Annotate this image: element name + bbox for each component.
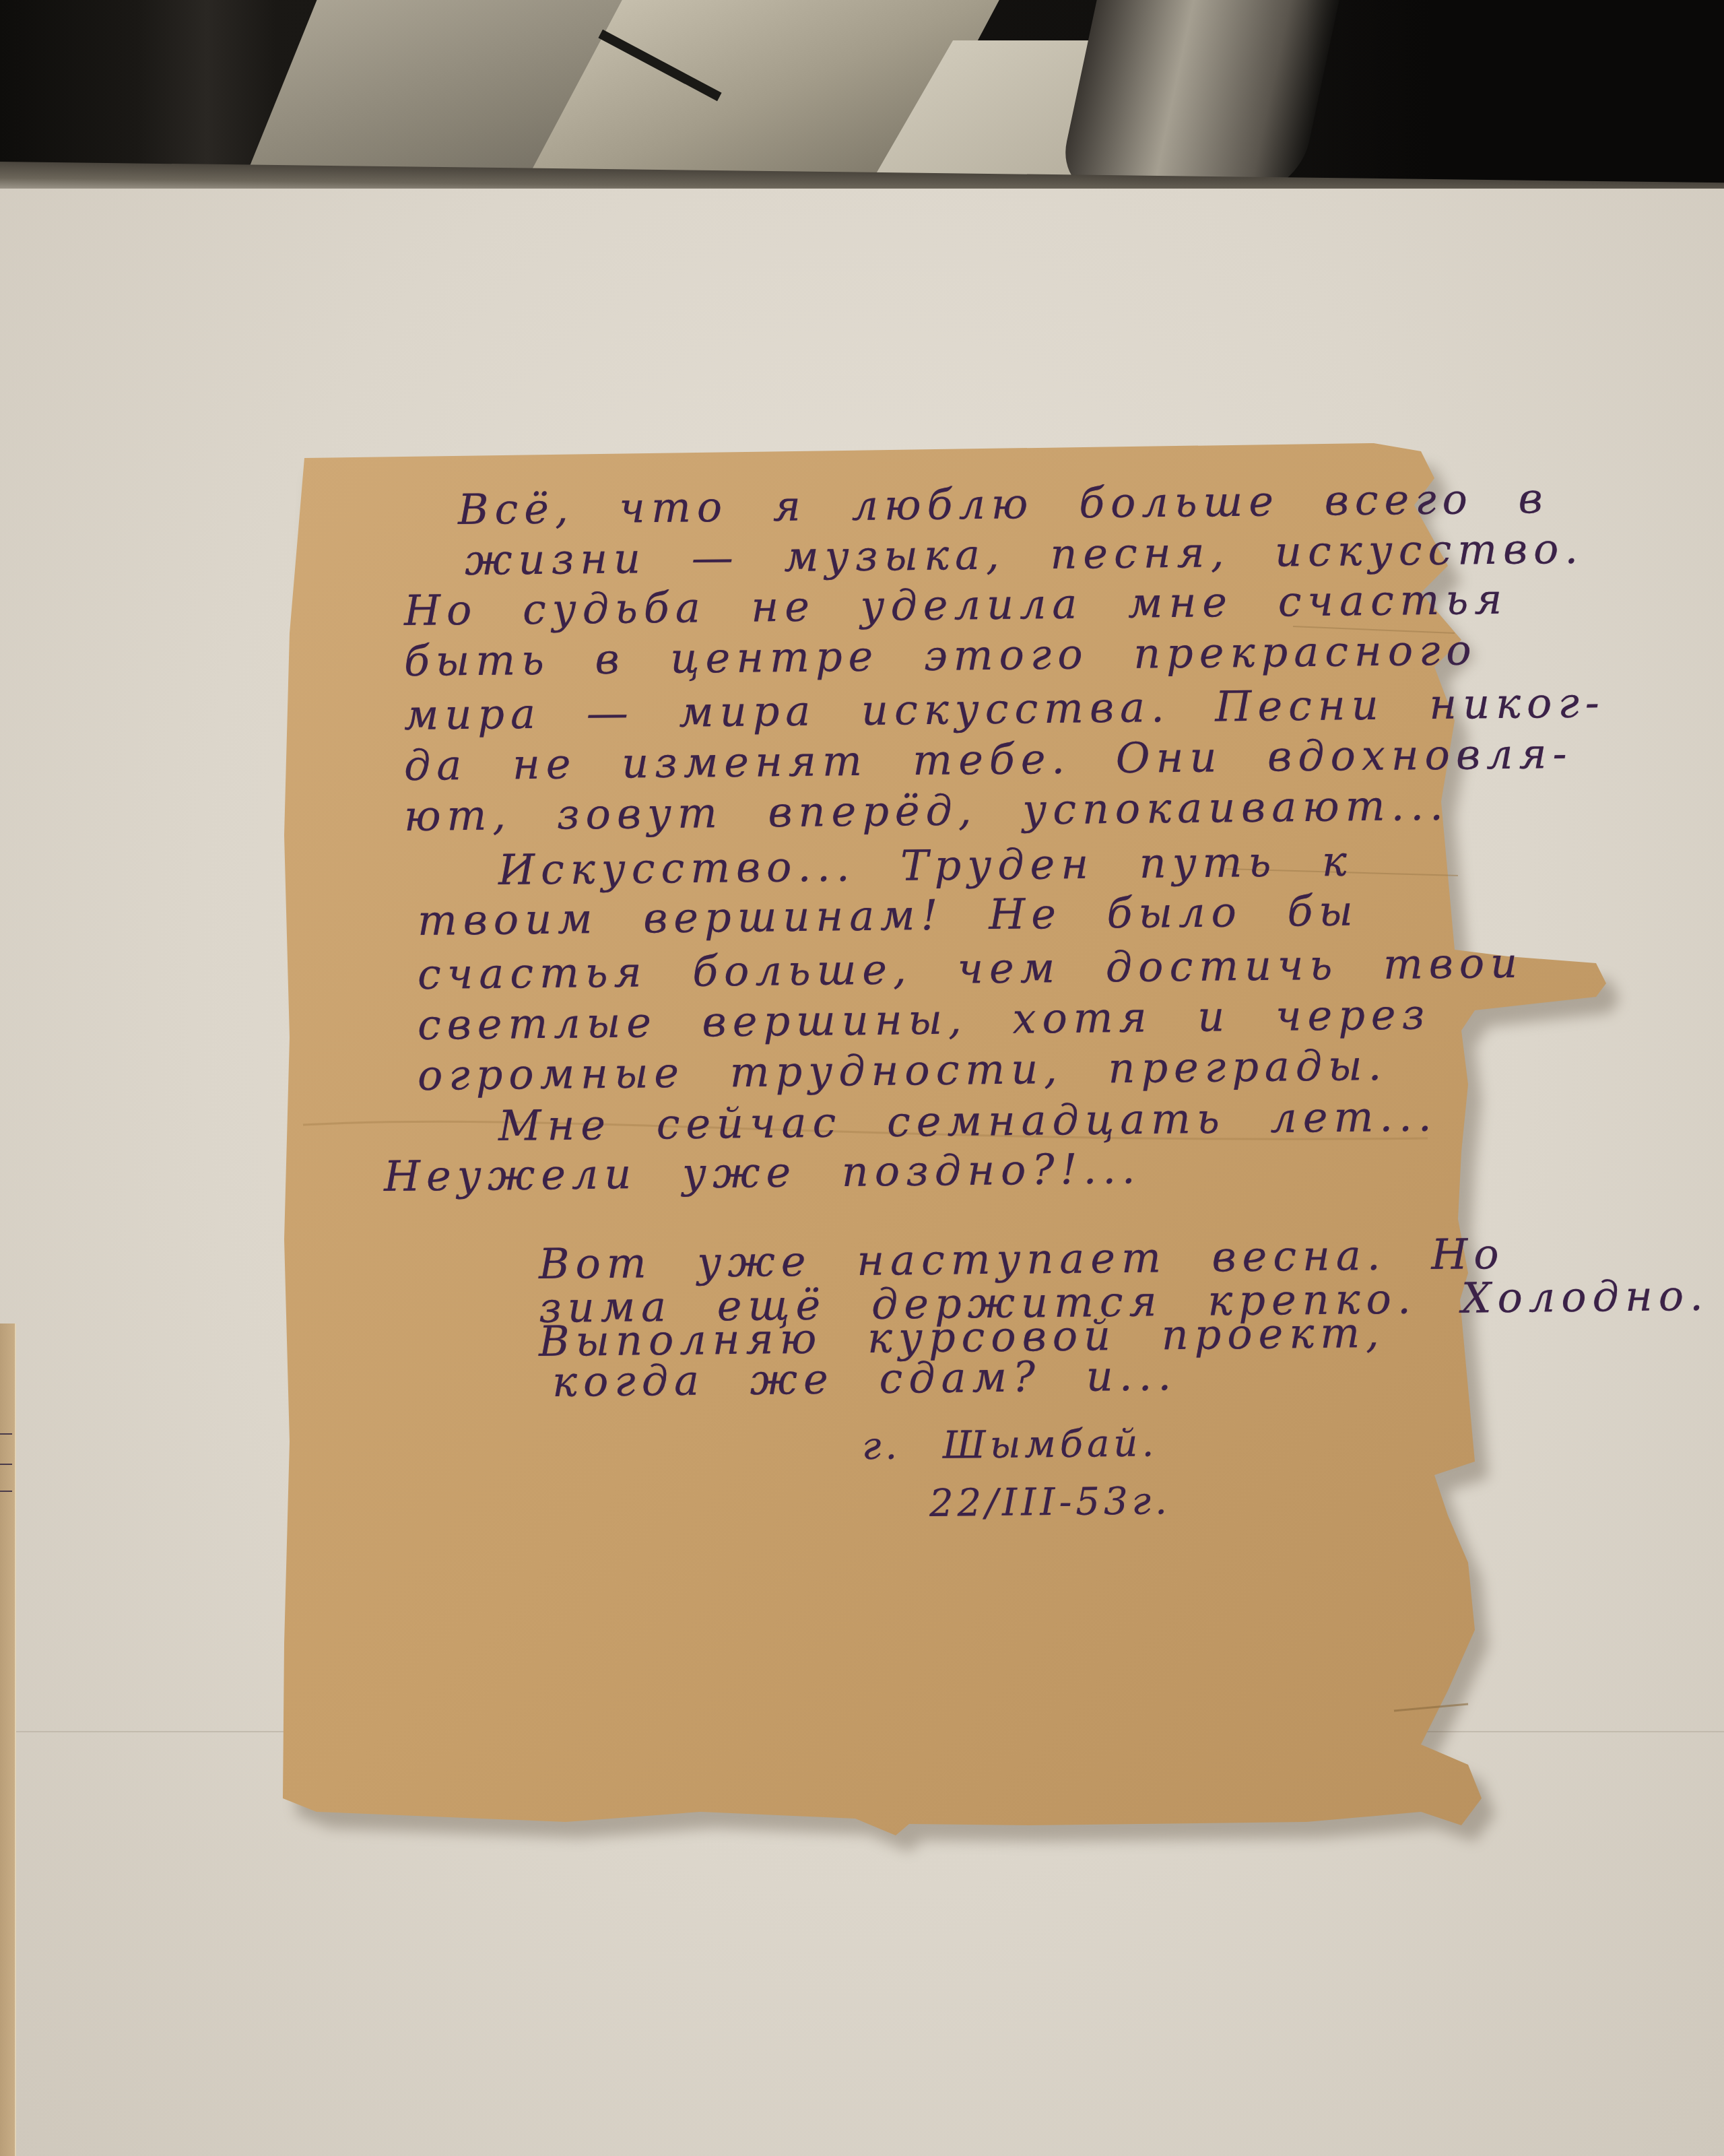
neighboring-document-edge bbox=[0, 1324, 16, 2156]
photo-shadow bbox=[1306, 0, 1724, 195]
letter-line: светлые вершины, хотя и через bbox=[418, 989, 1431, 1049]
letter-line: Всё, что я люблю больше всего в bbox=[458, 473, 1549, 534]
ink-mark bbox=[0, 1464, 12, 1465]
letter-date: 22/III-53г. bbox=[929, 1479, 1171, 1526]
ink-mark bbox=[0, 1433, 12, 1435]
letter-line: Искусство... Труден путь к bbox=[498, 837, 1354, 894]
letter-line: ют, зовут вперёд, успокаивают... bbox=[404, 781, 1449, 841]
ink-mark bbox=[0, 1491, 12, 1492]
letter-line: огромные трудности, преграды. bbox=[418, 1041, 1388, 1100]
letter-line: Мне сейчас семнадцать лет... bbox=[498, 1091, 1438, 1150]
letter-line: быть в центре этого прекрасного bbox=[404, 625, 1478, 686]
signature: г. Шымбай. bbox=[862, 1421, 1158, 1468]
photo-arm bbox=[1055, 0, 1342, 195]
letter-line: твоим вершинам! Не было бы bbox=[418, 886, 1360, 945]
letter-text: Всё, что я люблю больше всего в жизни — … bbox=[283, 431, 1616, 1879]
postscript-line: когда же сдам? и... bbox=[552, 1350, 1178, 1406]
letter-line: Неужели уже поздно?!... bbox=[384, 1144, 1141, 1201]
handwritten-letter: Всё, что я люблю больше всего в жизни — … bbox=[283, 431, 1616, 1879]
